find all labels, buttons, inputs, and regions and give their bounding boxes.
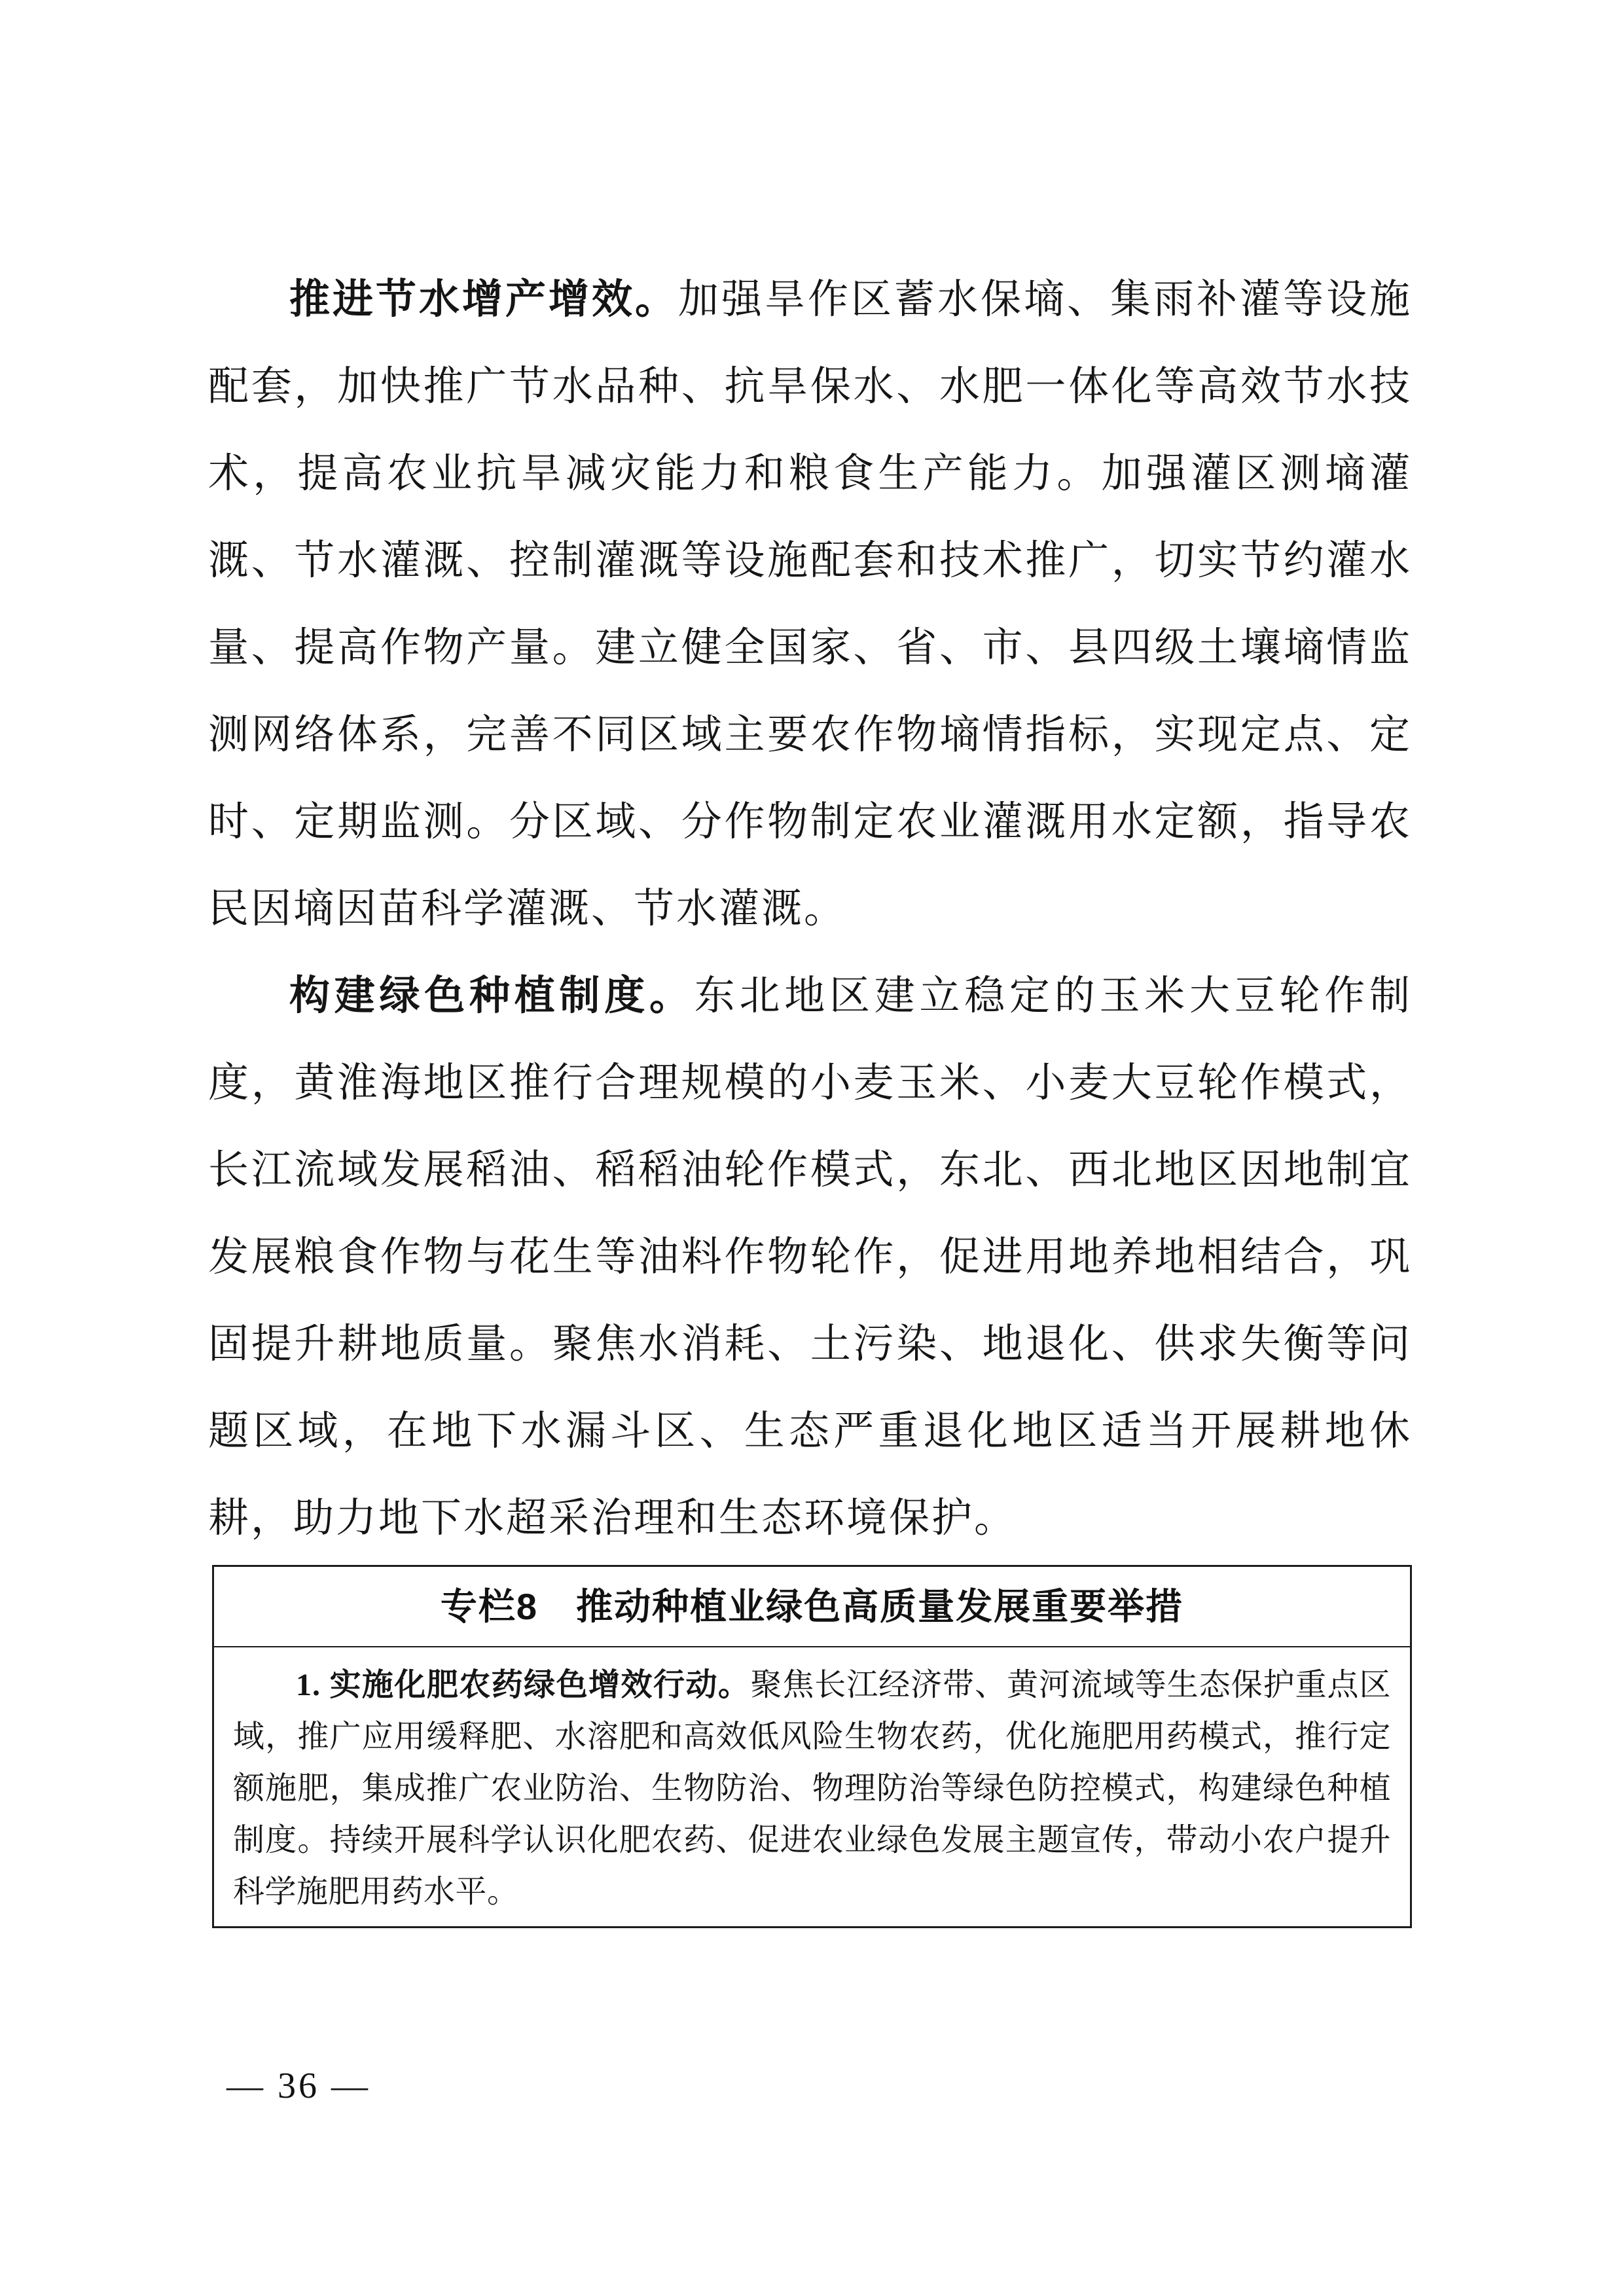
page-body: 推进节水增产增效。加强旱作区蓄水保墒、集雨补灌等设施配套，加快推广节水品种、抗旱… bbox=[208, 257, 1412, 1928]
callout-item-1: 1. 实施化肥农药绿色增效行动。聚焦长江经济带、黄河流域等生态保护重点区域，推广… bbox=[233, 1659, 1391, 1918]
callout-box: 专栏8 推动种植业绿色高质量发展重要举措 1. 实施化肥农药绿色增效行动。聚焦长… bbox=[212, 1565, 1412, 1928]
paragraph-green-planting-lead: 构建绿色种植制度。 bbox=[289, 974, 695, 1018]
document-page: 推进节水增产增效。加强旱作区蓄水保墒、集雨补灌等设施配套，加快推广节水品种、抗旱… bbox=[0, 0, 1624, 2296]
page-number: — 36 — bbox=[226, 2066, 370, 2106]
callout-title: 专栏8 推动种植业绿色高质量发展重要举措 bbox=[214, 1567, 1410, 1647]
paragraph-green-planting: 构建绿色种植制度。东北地区建立稳定的玉米大豆轮作制度，黄淮海地区推行合理规模的小… bbox=[208, 953, 1412, 1562]
callout-body: 1. 实施化肥农药绿色增效行动。聚焦长江经济带、黄河流域等生态保护重点区域，推广… bbox=[214, 1647, 1410, 1926]
paragraph-water-saving-lead: 推进节水增产增效。 bbox=[289, 278, 678, 322]
callout-item-1-lead: 1. 实施化肥农药绿色增效行动。 bbox=[296, 1668, 750, 1702]
paragraph-water-saving: 推进节水增产增效。加强旱作区蓄水保墒、集雨补灌等设施配套，加快推广节水品种、抗旱… bbox=[208, 257, 1412, 953]
paragraph-green-planting-text: 东北地区建立稳定的玉米大豆轮作制度，黄淮海地区推行合理规模的小麦玉米、小麦大豆轮… bbox=[208, 974, 1412, 1541]
paragraph-water-saving-text: 加强旱作区蓄水保墒、集雨补灌等设施配套，加快推广节水品种、抗旱保水、水肥一体化等… bbox=[208, 278, 1412, 931]
callout-item-1-text: 聚焦长江经济带、黄河流域等生态保护重点区域，推广应用缓释肥、水溶肥和高效低风险生… bbox=[233, 1668, 1391, 1909]
